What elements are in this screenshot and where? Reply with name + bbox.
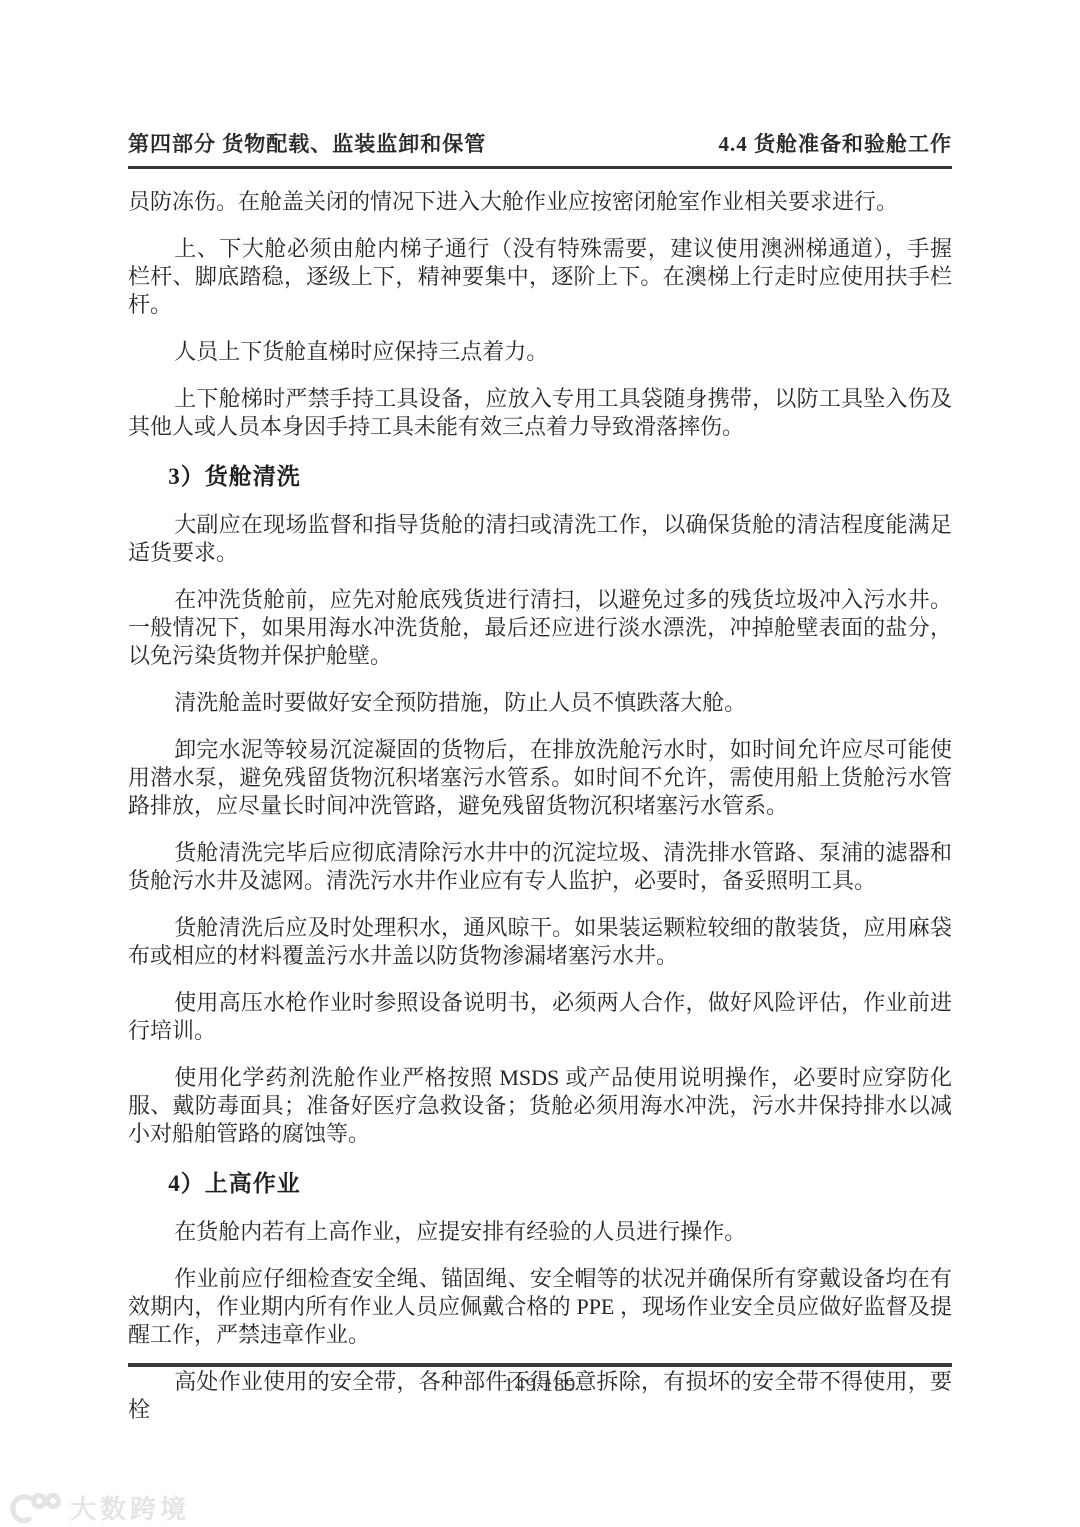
paragraph: 员防冻伤。在舱盖关闭的情况下进入大舱作业应按密闭舱室作业相关要求进行。 bbox=[128, 188, 952, 216]
paragraph: 货舱清洗完毕后应彻底清除污水井中的沉淀垃圾、清洗排水管路、泵浦的滤器和货舱污水井… bbox=[128, 839, 952, 895]
page-footer: 149/189 bbox=[128, 1363, 952, 1397]
header-section-title: 第四部分 货物配载、监装监卸和保管 bbox=[128, 128, 486, 158]
paragraph: 上、下大舱必须由舱内梯子通行（没有特殊需要，建议使用澳洲梯通道），手握栏杆、脚底… bbox=[128, 235, 952, 319]
footer-rule bbox=[128, 1363, 952, 1367]
paragraph: 货舱清洗后应及时处理积水，通风晾干。如果装运颗粒较细的散装货，应用麻袋布或相应的… bbox=[128, 914, 952, 970]
paragraph: 作业前应仔细检查安全绳、锚固绳、安全帽等的状况并确保所有穿戴设备均在有效期内，作… bbox=[128, 1265, 952, 1349]
paragraph: 大副应在现场监督和指导货舱的清扫或清洗工作，以确保货舱的清洁程度能满足适货要求。 bbox=[128, 511, 952, 567]
page-number: 149/189 bbox=[128, 1374, 952, 1397]
paragraph: 在冲洗货舱前，应先对舱底残货进行清扫，以避免过多的残货垃圾冲入污水井。一般情况下… bbox=[128, 586, 952, 670]
section-heading-working-at-height: 4）上高作业 bbox=[128, 1169, 952, 1199]
document-body: 员防冻伤。在舱盖关闭的情况下进入大舱作业应按密闭舱室作业相关要求进行。 上、下大… bbox=[128, 188, 952, 1424]
document-page: 第四部分 货物配载、监装监卸和保管 4.4 货舱准备和验舱工作 员防冻伤。在舱盖… bbox=[0, 0, 1080, 1527]
paragraph: 清洗舱盖时要做好安全预防措施，防止人员不慎跌落大舱。 bbox=[128, 689, 952, 717]
watermark-logo-icon bbox=[8, 1490, 62, 1526]
header-rule bbox=[128, 166, 952, 169]
paragraph: 使用高压水枪作业时参照设备说明书，必须两人合作，做好风险评估，作业前进行培训。 bbox=[128, 989, 952, 1045]
paragraph: 使用化学药剂洗舱作业严格按照 MSDS 或产品使用说明操作，必要时应穿防化服、戴… bbox=[128, 1064, 952, 1148]
section-heading-cargo-hold-cleaning: 3）货舱清洗 bbox=[128, 462, 952, 492]
paragraph: 卸完水泥等较易沉淀凝固的货物后，在排放洗舱污水时，如时间允许应尽可能使用潜水泵，… bbox=[128, 736, 952, 820]
paragraph: 人员上下货舱直梯时应保持三点着力。 bbox=[128, 338, 952, 366]
page-header: 第四部分 货物配载、监装监卸和保管 4.4 货舱准备和验舱工作 bbox=[128, 128, 952, 158]
watermark-text: 大数跨境 bbox=[70, 1489, 190, 1526]
paragraph: 在货舱内若有上高作业，应提安排有经验的人员进行操作。 bbox=[128, 1218, 952, 1246]
header-chapter-title: 4.4 货舱准备和验舱工作 bbox=[719, 128, 953, 158]
watermark: 大数跨境 bbox=[8, 1489, 190, 1526]
paragraph: 上下舱梯时严禁手持工具设备，应放入专用工具袋随身携带，以防工具坠入伤及其他人或人… bbox=[128, 385, 952, 441]
